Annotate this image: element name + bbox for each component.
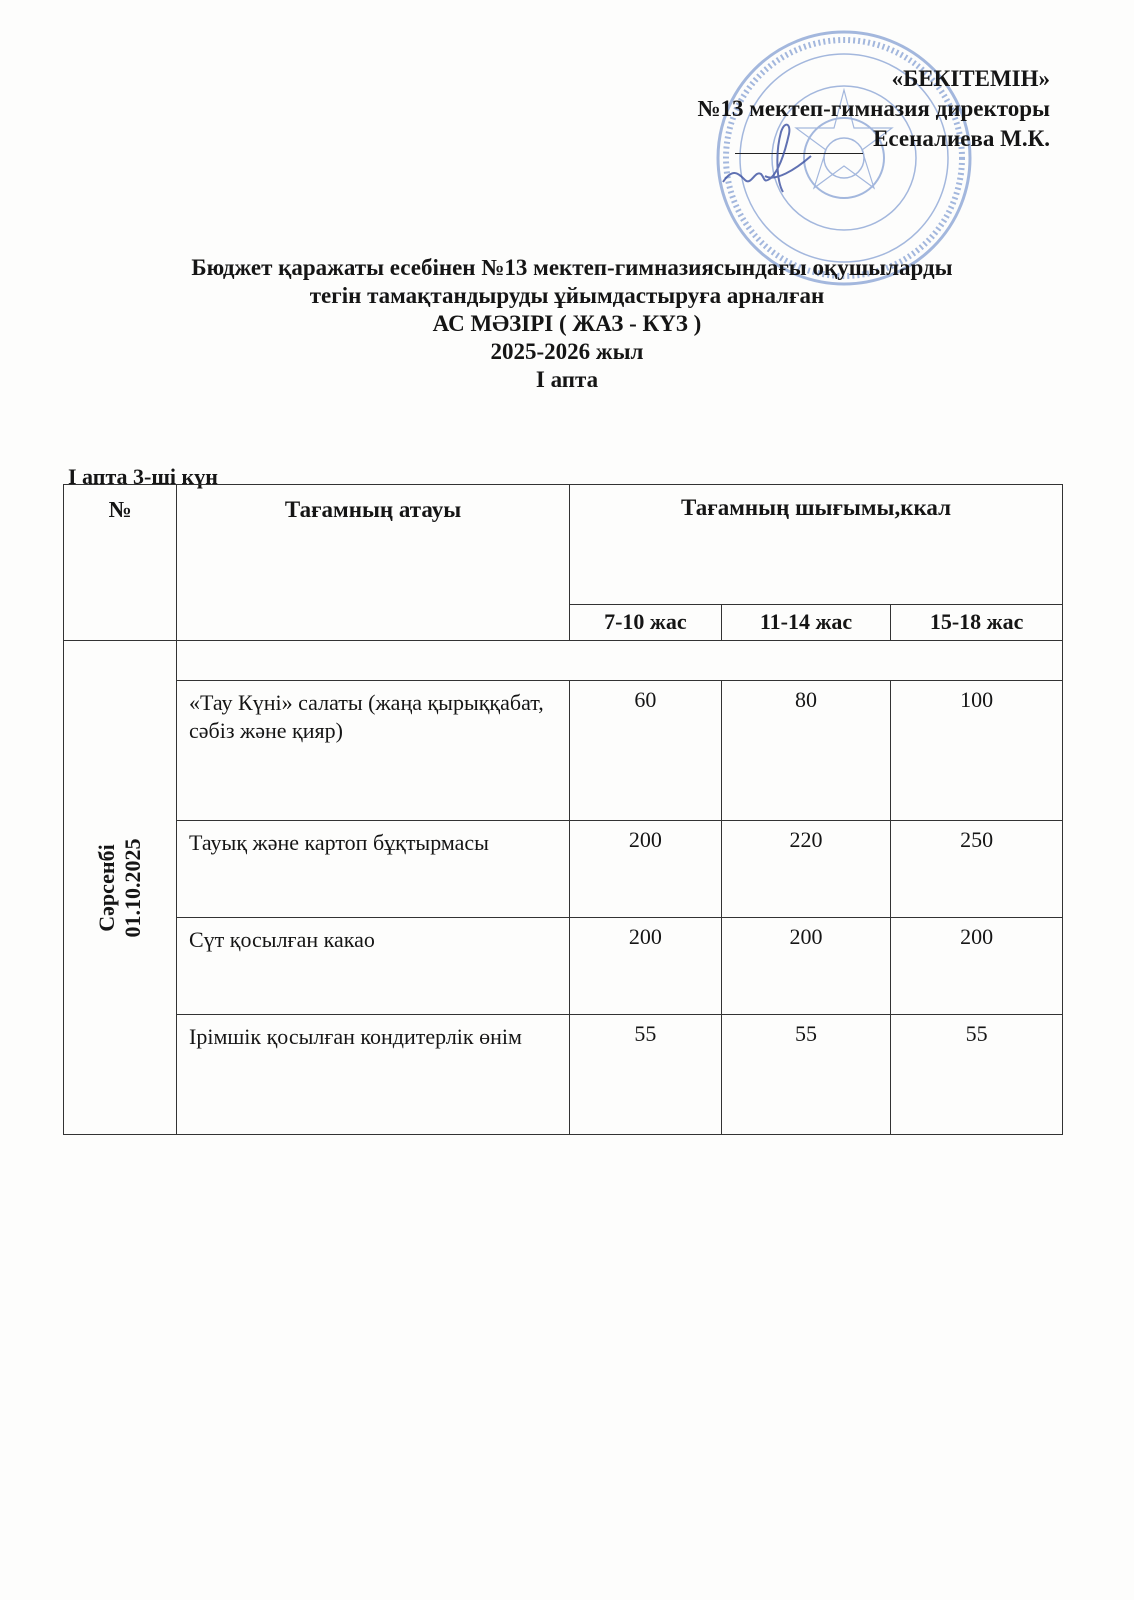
title-line-5: I апта xyxy=(0,366,1134,394)
value-15-18: 250 xyxy=(891,821,1063,918)
approval-heading: «БЕКІТЕМІН» xyxy=(697,64,1050,94)
header-age-15-18: 15-18 жас xyxy=(891,605,1063,641)
value-11-14: 220 xyxy=(721,821,891,918)
header-age-11-14: 11-14 жас xyxy=(721,605,891,641)
title-line-1: Бюджет қаражаты есебінен №13 мектеп-гимн… xyxy=(0,254,1134,282)
title-line-3: АС МӘЗІРІ ( ЖАЗ - КҮЗ ) xyxy=(0,310,1134,338)
value-15-18: 100 xyxy=(891,681,1063,821)
header-number: № xyxy=(64,485,177,641)
value-15-18: 200 xyxy=(891,918,1063,1015)
table-row: Тауық және картоп бұқтырмасы 200 220 250 xyxy=(64,821,1063,918)
menu-table: № Тағамның атауы Тағамның шығымы,ккал 7-… xyxy=(63,484,1063,1135)
document-title: Бюджет қаражаты есебінен №13 мектеп-гимн… xyxy=(0,254,1134,394)
approver-name: Есеналиева М.К. xyxy=(873,124,1050,154)
value-11-14: 200 xyxy=(721,918,891,1015)
header-yield: Тағамның шығымы,ккал xyxy=(570,485,1063,605)
header-dish-name: Тағамның атауы xyxy=(177,485,570,641)
day-cell: Сәрсенбі 01.10.2025 xyxy=(64,641,177,1135)
value-7-10: 55 xyxy=(570,1015,722,1135)
value-7-10: 200 xyxy=(570,821,722,918)
value-11-14: 55 xyxy=(721,1015,891,1135)
title-line-4: 2025-2026 жыл xyxy=(0,338,1134,366)
header-age-7-10: 7-10 жас xyxy=(570,605,722,641)
weekday: Сәрсенбі xyxy=(94,838,120,937)
table-row: Сүт қосылған какао 200 200 200 xyxy=(64,918,1063,1015)
value-15-18: 55 xyxy=(891,1015,1063,1135)
table-row: «Тау Күні» салаты (жаңа қырыққабат, сәбі… xyxy=(64,681,1063,821)
dish-name: Тауық және картоп бұқтырмасы xyxy=(177,821,570,918)
dish-name: Сүт қосылған какао xyxy=(177,918,570,1015)
value-7-10: 60 xyxy=(570,681,722,821)
table-row: Ірімшік қосылған кондитерлік өнім 55 55 … xyxy=(64,1015,1063,1135)
dish-name: Ірімшік қосылған кондитерлік өнім xyxy=(177,1015,570,1135)
signature-icon xyxy=(715,112,835,202)
title-line-2: тегін тамақтандыруды ұйымдастыруға арнал… xyxy=(0,282,1134,310)
date: 01.10.2025 xyxy=(120,838,146,937)
dish-name: «Тау Күні» салаты (жаңа қырыққабат, сәбі… xyxy=(177,681,570,821)
value-11-14: 80 xyxy=(721,681,891,821)
empty-row xyxy=(177,641,1063,681)
value-7-10: 200 xyxy=(570,918,722,1015)
